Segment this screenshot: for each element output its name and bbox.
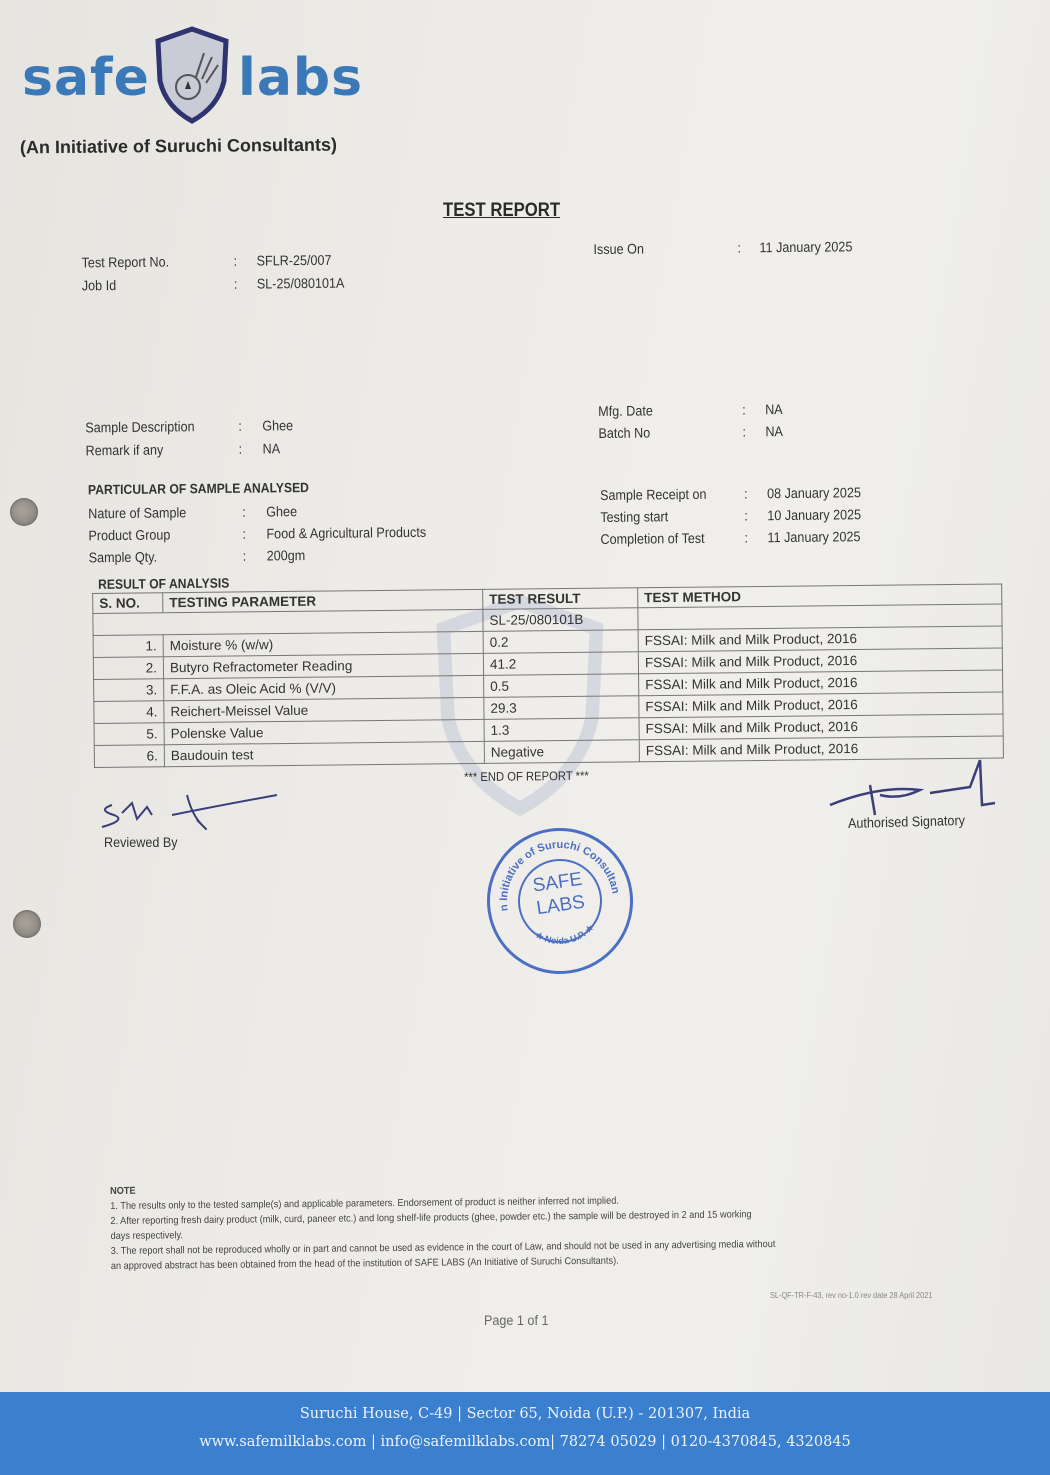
issue-on-label: Issue On xyxy=(593,240,644,257)
remark-value: NA xyxy=(262,440,280,456)
svg-text:An Initiative of Suruchi Consu: An Initiative of Suruchi Consultants xyxy=(478,819,622,915)
authorised-signatory-label: Authorised Signatory xyxy=(848,812,965,831)
result-cell: 29.3 xyxy=(484,696,639,720)
product-group-value: Food & Agricultural Products xyxy=(266,524,426,542)
job-id-label: Job Id xyxy=(82,277,116,293)
sno-cell: 6. xyxy=(94,745,164,768)
col-sno: S. NO. xyxy=(93,593,163,614)
sno-cell: 4. xyxy=(94,701,164,724)
safe-labs-stamp: SAFE LABS An Initiative of Suruchi Consu… xyxy=(478,819,643,984)
batch-no-value: NA xyxy=(765,423,783,439)
sno-cell: 3. xyxy=(94,679,164,702)
footer-contact: www.safemilklabs.com | info@safemilklabs… xyxy=(0,1434,1050,1450)
sno-cell: 5. xyxy=(94,723,164,746)
sample-qty-value: 200gm xyxy=(267,547,306,563)
result-cell: 41.2 xyxy=(483,652,638,676)
sample-description-label: Sample Description xyxy=(85,418,194,435)
sno-cell: 2. xyxy=(93,657,163,680)
result-cell: 0.2 xyxy=(483,630,638,654)
sep: : xyxy=(238,418,242,434)
product-group-label: Product Group xyxy=(88,526,170,543)
mfg-date-value: NA xyxy=(765,401,783,417)
footer-address: Suruchi House, C-49 | Sector 65, Noida (… xyxy=(0,1406,1050,1422)
sample-code: SL-25/080101B xyxy=(483,608,638,632)
batch-no-label: Batch No xyxy=(598,424,650,441)
particular-heading: PARTICULAR OF SAMPLE ANALYSED xyxy=(88,480,309,497)
receipt-value: 08 January 2025 xyxy=(767,484,861,501)
issue-on-value: 11 January 2025 xyxy=(759,238,852,255)
sno-cell: 1. xyxy=(93,635,163,658)
reviewed-by-label: Reviewed By xyxy=(104,834,178,850)
svg-text:★ Noida U.P. ★: ★ Noida U.P. ★ xyxy=(532,921,597,950)
sep: : xyxy=(744,507,748,523)
results-table: S. NO. TESTING PARAMETER TEST RESULT TES… xyxy=(92,583,1004,768)
result-cell: 1.3 xyxy=(484,718,639,742)
sep: : xyxy=(744,485,748,501)
punch-hole xyxy=(10,498,38,526)
completion-label: Completion of Test xyxy=(600,530,704,547)
punch-hole xyxy=(13,910,41,938)
job-id-value: SL-25/080101A xyxy=(257,275,345,292)
report-no-value: SFLR-25/007 xyxy=(256,252,331,269)
completion-value: 11 January 2025 xyxy=(767,528,860,545)
nature-value: Ghee xyxy=(266,503,297,519)
authorised-signature-icon xyxy=(820,755,1000,820)
result-cell: 0.5 xyxy=(484,674,639,698)
testing-start-value: 10 January 2025 xyxy=(767,506,861,523)
footer-bar: Suruchi House, C-49 | Sector 65, Noida (… xyxy=(0,1392,1050,1475)
testing-start-label: Testing start xyxy=(600,508,668,525)
sep: : xyxy=(243,548,247,564)
stamp-ring-text: An Initiative of Suruchi Consultants ★ N… xyxy=(478,819,643,984)
sample-description-value: Ghee xyxy=(262,417,293,433)
col-result: TEST RESULT xyxy=(483,588,638,610)
remark-label: Remark if any xyxy=(85,442,163,459)
report-no-label: Test Report No. xyxy=(81,253,169,270)
sep: : xyxy=(242,504,246,520)
sep: : xyxy=(742,423,746,439)
sep: : xyxy=(737,239,741,255)
mfg-date-label: Mfg. Date xyxy=(598,402,653,419)
nature-label: Nature of Sample xyxy=(88,504,186,521)
form-code: SL-QF-TR-F-43, rev no-1.0 rev date 28 Ap… xyxy=(770,1288,932,1303)
result-cell: Negative xyxy=(484,740,639,764)
parameter-cell: Baudouin test xyxy=(164,741,484,766)
sep: : xyxy=(742,401,746,417)
page-number: Page 1 of 1 xyxy=(484,1312,548,1328)
sep: : xyxy=(238,441,242,457)
sample-qty-label: Sample Qty. xyxy=(89,549,158,566)
receipt-label: Sample Receipt on xyxy=(600,486,707,503)
sep: : xyxy=(234,276,238,292)
reviewer-signature-icon xyxy=(92,785,282,840)
sep: : xyxy=(242,526,246,542)
sep: : xyxy=(744,529,748,545)
sep: : xyxy=(233,253,237,269)
